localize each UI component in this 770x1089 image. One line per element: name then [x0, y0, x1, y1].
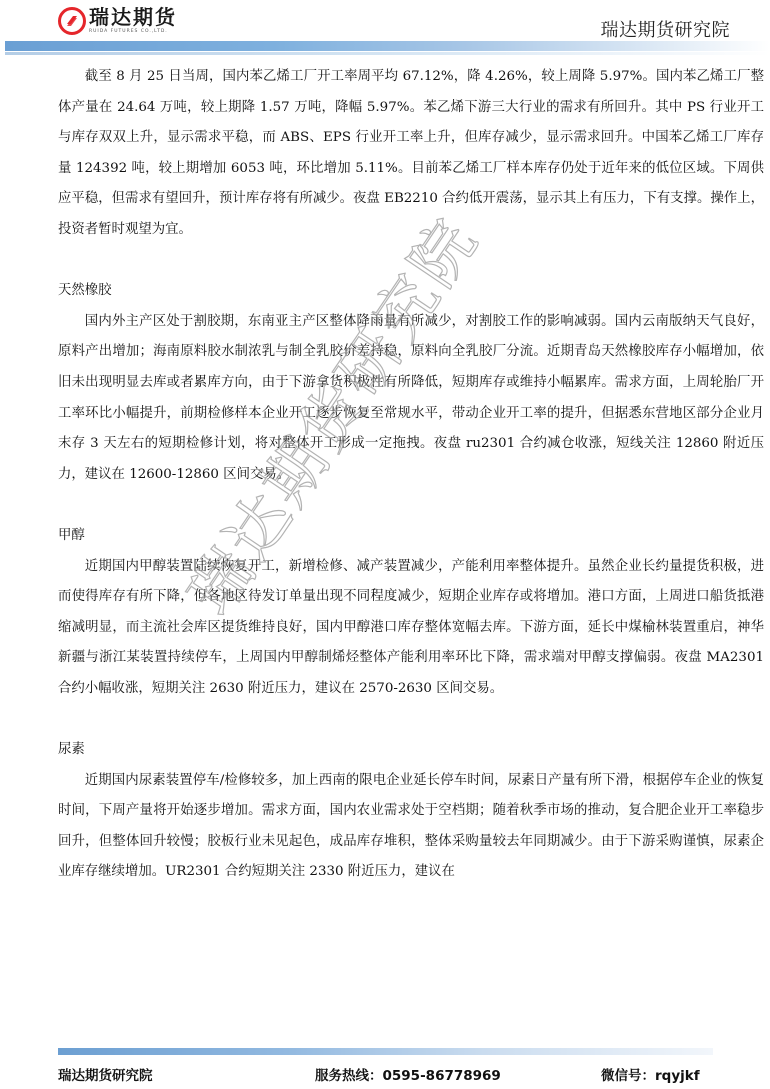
page-header: 瑞达期货 RUIDA FUTURES CO.,LTD. 瑞达期货研究院: [0, 0, 770, 60]
logo-chinese-name: 瑞达期货: [89, 6, 177, 28]
footer-org-name: 瑞达期货研究院: [58, 1064, 153, 1084]
section-title-methanol: 甲醇: [58, 521, 764, 552]
ruida-logo-icon: [58, 7, 86, 35]
footer-hotline: 服务热线：0595-86778969: [315, 1064, 501, 1084]
section-title-urea: 尿素: [58, 735, 764, 766]
paragraph-urea: 近期国内尿素装置停车/检修较多，加上西南的限电企业延长停车时间，尿素日产量有所下…: [58, 766, 764, 888]
header-gradient-bar: [5, 41, 770, 51]
section-title-natural-rubber: 天然橡胶: [58, 276, 764, 307]
section-styrene: 截至 8 月 25 日当周，国内苯乙烯工厂开工率周平均 67.12%，降 4.2…: [58, 62, 764, 246]
paragraph-methanol: 近期国内甲醇装置陆续恢复开工，新增检修、减产装置减少，产能利用率整体提升。虽然企…: [58, 552, 764, 705]
paragraph-natural-rubber: 国内外主产区处于割胶期，东南亚主产区整体降雨量有所减少，对割胶工作的影响减弱。国…: [58, 307, 764, 491]
page-footer: 瑞达期货研究院 服务热线：0595-86778969 微信号：rqyjkf: [58, 1064, 718, 1086]
section-methanol: 甲醇 近期国内甲醇装置陆续恢复开工，新增检修、减产装置减少，产能利用率整体提升。…: [58, 521, 764, 705]
company-logo: 瑞达期货 RUIDA FUTURES CO.,LTD.: [58, 6, 177, 35]
header-gradient-underline: [5, 52, 770, 55]
header-title: 瑞达期货研究院: [601, 16, 731, 42]
logo-english-name: RUIDA FUTURES CO.,LTD.: [89, 29, 177, 34]
section-urea: 尿素 近期国内尿素装置停车/检修较多，加上西南的限电企业延长停车时间，尿素日产量…: [58, 735, 764, 888]
footer-gradient-bar: [58, 1048, 713, 1055]
footer-wechat: 微信号：rqyjkf: [601, 1064, 700, 1084]
paragraph-styrene: 截至 8 月 25 日当周，国内苯乙烯工厂开工率周平均 67.12%，降 4.2…: [58, 62, 764, 246]
report-body: 截至 8 月 25 日当周，国内苯乙烯工厂开工率周平均 67.12%，降 4.2…: [58, 62, 764, 888]
section-natural-rubber: 天然橡胶 国内外主产区处于割胶期，东南亚主产区整体降雨量有所减少，对割胶工作的影…: [58, 276, 764, 490]
